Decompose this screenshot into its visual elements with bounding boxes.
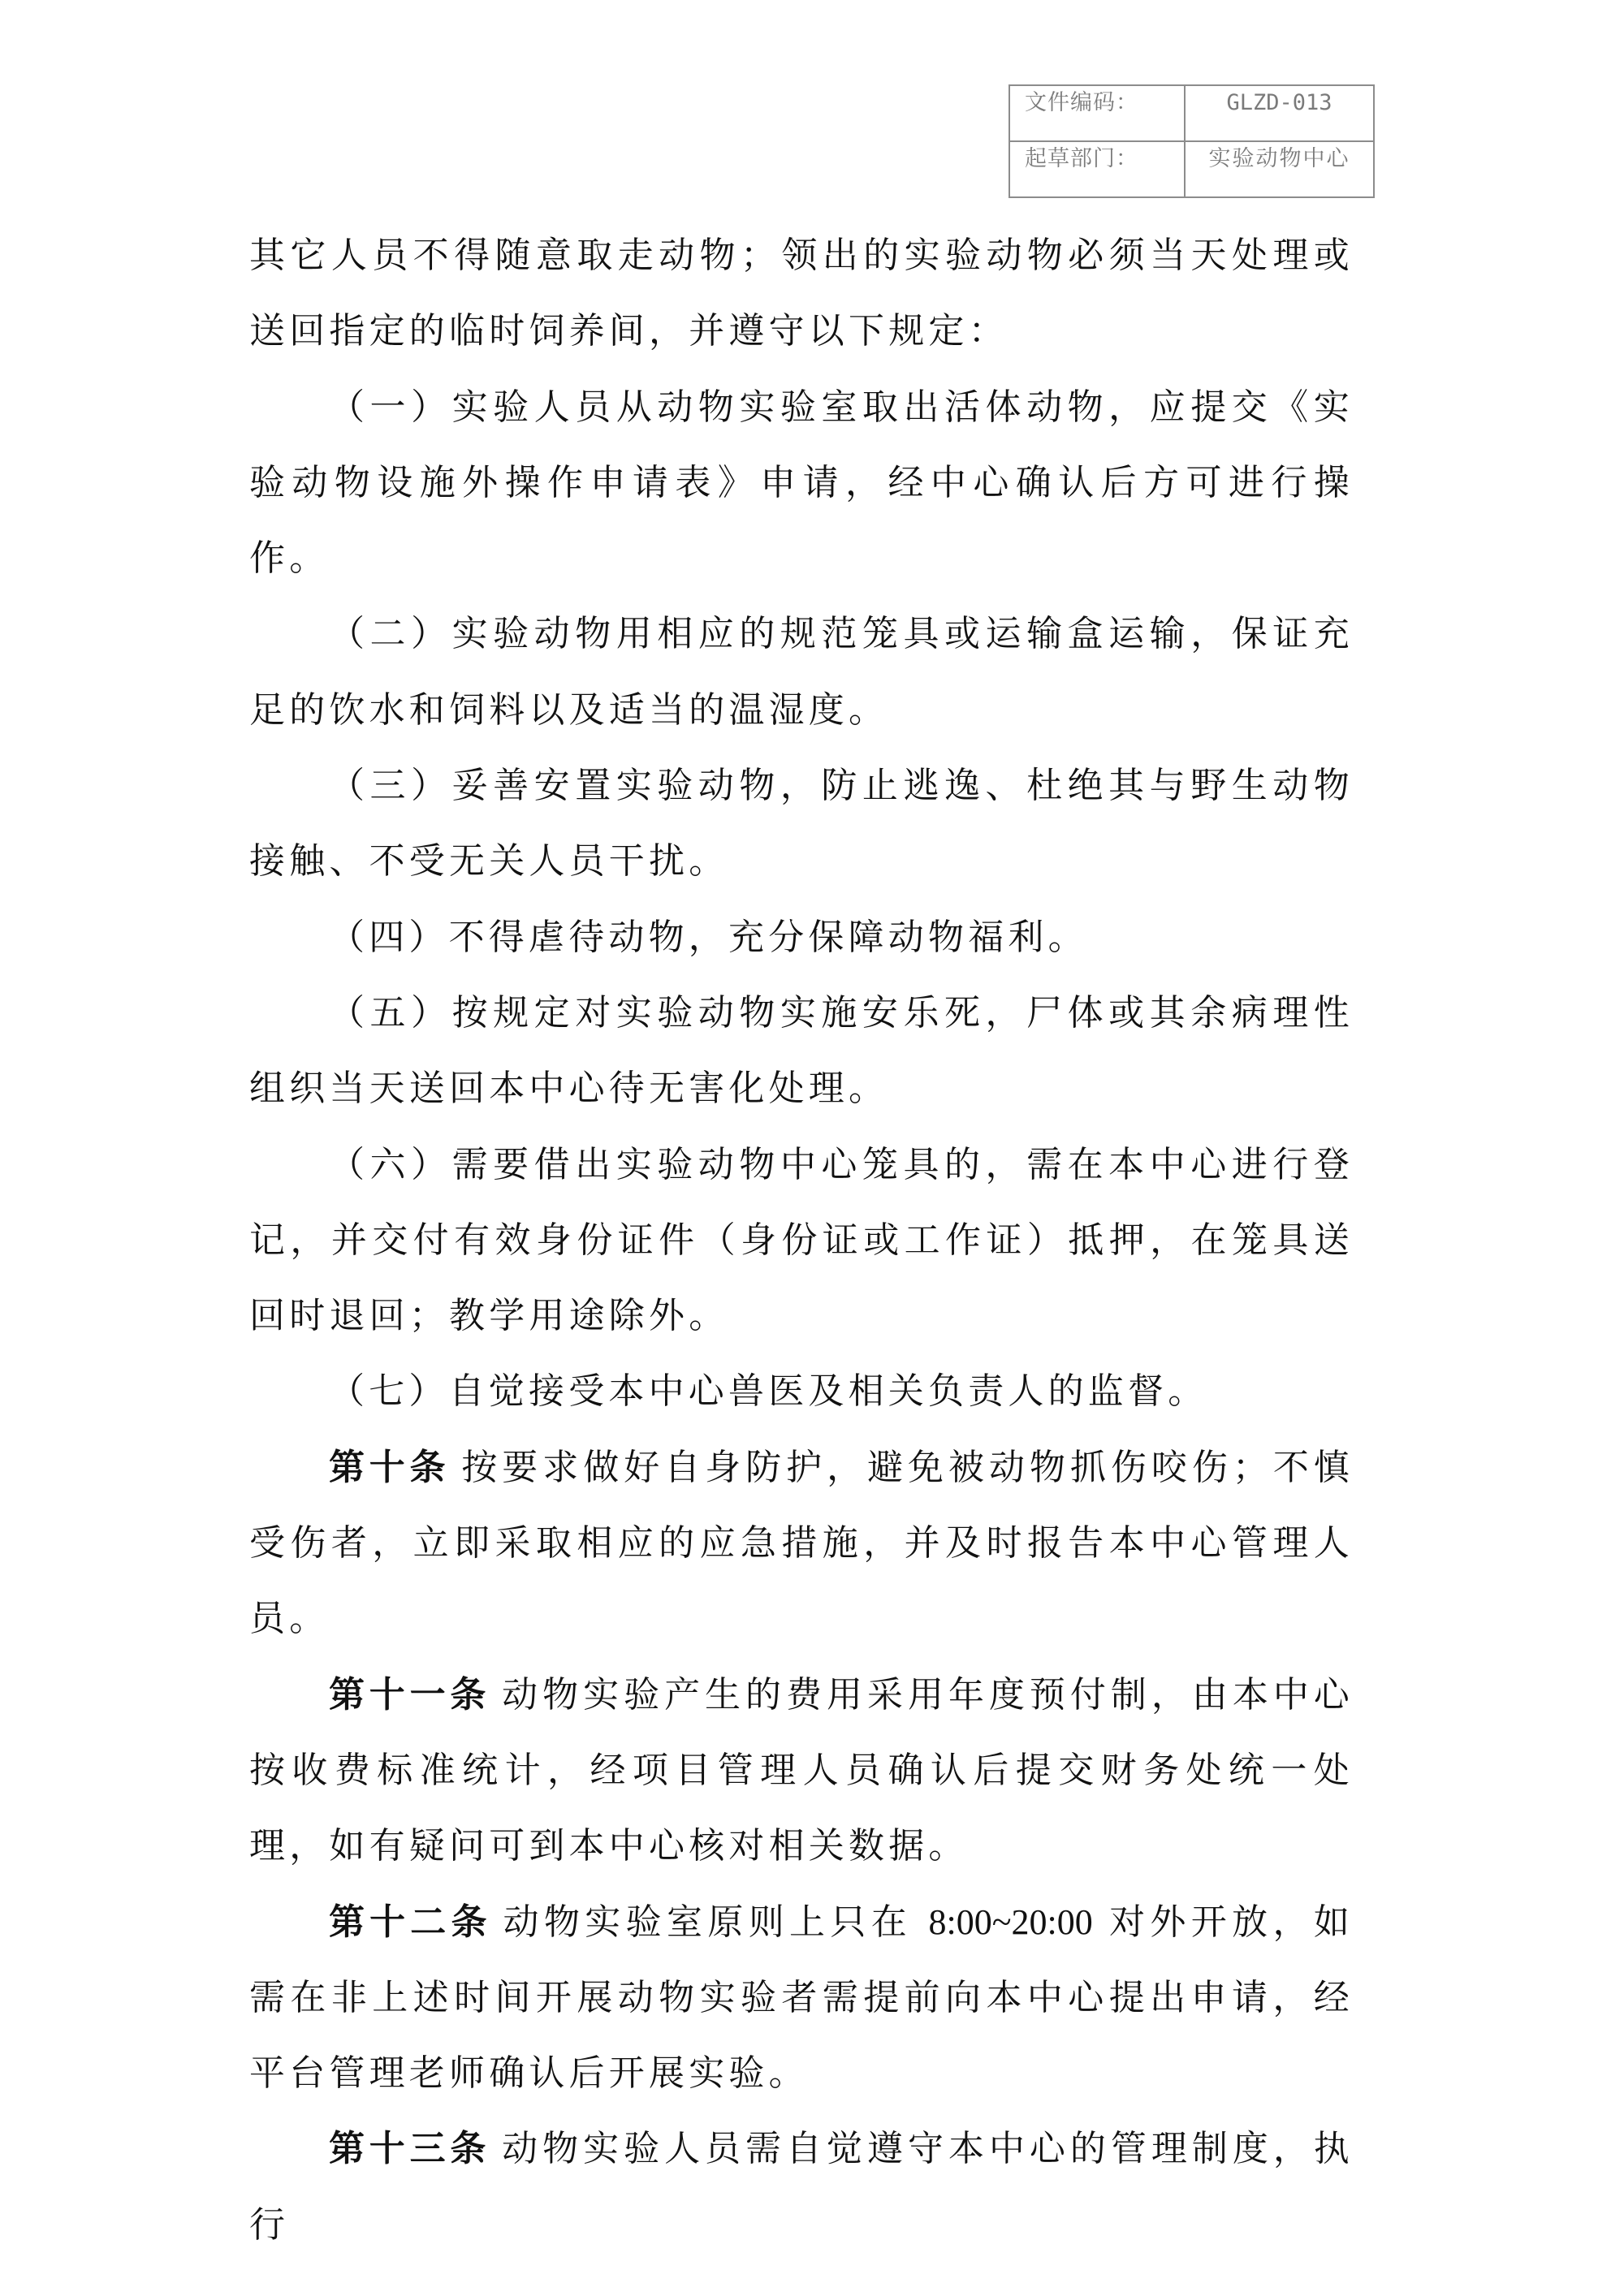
file-code-label: 文件编码： xyxy=(1009,85,1185,141)
meta-row-drafting-dept: 起草部门： 实验动物中心 xyxy=(1009,141,1374,197)
article-13-heading: 第十三条 xyxy=(329,2128,490,2169)
article-10-heading: 第十条 xyxy=(329,1447,450,1488)
rule-item-5: （五）按规定对实验动物实施安乐死，尸体或其余病理性组织当天送回本中心待无害化处理… xyxy=(249,975,1354,1127)
article-11-heading: 第十一条 xyxy=(329,1674,490,1716)
article-12-heading: 第十二条 xyxy=(329,1901,492,1943)
rule-item-6: （六）需要借出实验动物中心笼具的，需在本中心进行登记，并交付有效身份证件（身份证… xyxy=(249,1127,1354,1354)
rule-item-4: （四）不得虐待动物，充分保障动物福利。 xyxy=(249,900,1354,975)
article-11: 第十一条动物实验产生的费用采用年度预付制，由本中心按收费标准统计，经项目管理人员… xyxy=(249,1657,1354,1884)
document-page: 文件编码： GLZD-013 起草部门： 实验动物中心 其它人员不得随意取走动物… xyxy=(0,0,1624,2296)
opening-hours: 8:00~20:00 xyxy=(928,1902,1092,1942)
continuation-paragraph: 其它人员不得随意取走动物；领出的实验动物必须当天处理或送回指定的临时饲养间，并遵… xyxy=(249,218,1354,369)
rule-item-1: （一）实验人员从动物实验室取出活体动物，应提交《实验动物设施外操作申请表》申请，… xyxy=(249,369,1354,597)
rule-item-7: （七）自觉接受本中心兽医及相关负责人的监督。 xyxy=(249,1353,1354,1429)
rule-item-2: （二）实验动物用相应的规范笼具或运输盒运输，保证充足的饮水和饲料以及适当的温湿度… xyxy=(249,596,1354,748)
meta-row-file-code: 文件编码： GLZD-013 xyxy=(1009,85,1374,141)
document-body: 其它人员不得随意取走动物；领出的实验动物必须当天处理或送回指定的临时饲养间，并遵… xyxy=(249,218,1354,2263)
file-code-value: GLZD-013 xyxy=(1185,85,1374,141)
article-13: 第十三条动物实验人员需自觉遵守本中心的管理制度，执行 xyxy=(249,2111,1354,2263)
drafting-dept-label: 起草部门： xyxy=(1009,141,1185,197)
article-10: 第十条按要求做好自身防护，避免被动物抓伤咬伤；不慎受伤者，立即采取相应的应急措施… xyxy=(249,1430,1354,1657)
rule-item-3: （三）妥善安置实验动物，防止逃逸、杜绝其与野生动物接触、不受无关人员干扰。 xyxy=(249,748,1354,900)
document-meta-table: 文件编码： GLZD-013 起草部门： 实验动物中心 xyxy=(1009,84,1375,198)
drafting-dept-value: 实验动物中心 xyxy=(1185,141,1374,197)
article-12-text-before: 动物实验室原则上只在 xyxy=(503,1901,913,1943)
article-12: 第十二条动物实验室原则上只在 8:00~20:00 对外开放，如需在非上述时间开… xyxy=(249,1884,1354,2112)
